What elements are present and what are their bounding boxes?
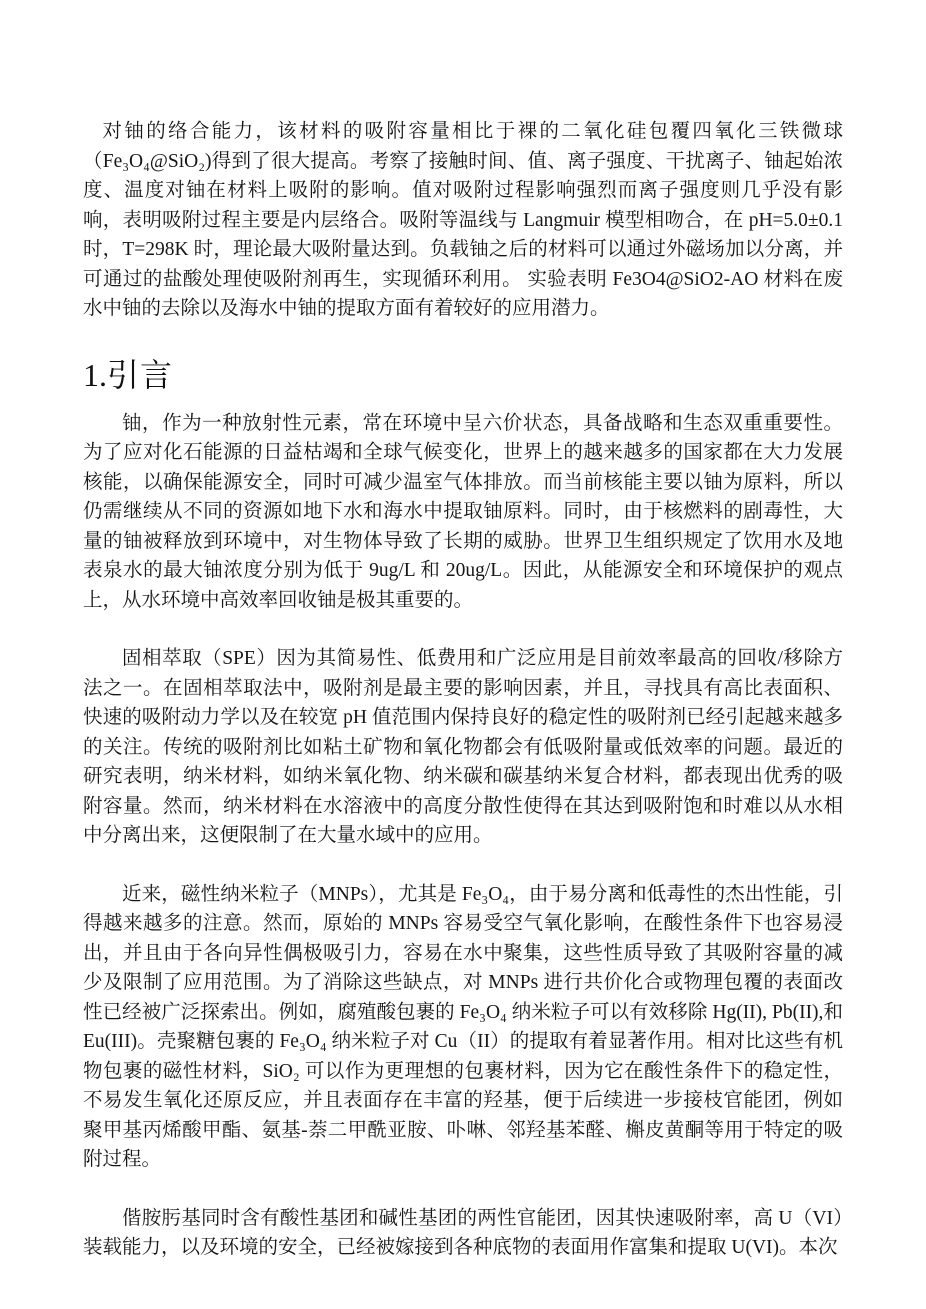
introduction-paragraph-3: 近来，磁性纳米粒子（MNPs），尤其是 Fe₃O₄，由于易分离和低毒性的杰出性能… xyxy=(83,880,843,1175)
section-heading: 1.引言 xyxy=(83,353,843,397)
abstract-continuation-paragraph: 对铀的络合能力，该材料的吸附容量相比于裸的二氧化硅包覆四氧化三铁微球（Fe₃O₄… xyxy=(83,117,843,324)
document-page: 对铀的络合能力，该材料的吸附容量相比于裸的二氧化硅包覆四氧化三铁微球（Fe₃O₄… xyxy=(0,0,926,1309)
document-content: 对铀的络合能力，该材料的吸附容量相比于裸的二氧化硅包覆四氧化三铁微球（Fe₃O₄… xyxy=(83,117,843,1292)
section-heading-title: 引言 xyxy=(107,357,173,393)
introduction-paragraph-4: 偕胺肟基同时含有酸性基团和碱性基团的两性官能团，因其快速吸附率，高 U（VI）装… xyxy=(83,1204,843,1263)
introduction-paragraph-1: 铀，作为一种放射性元素，常在环境中呈六价状态，具备战略和生态双重重要性。为了应对… xyxy=(83,409,843,616)
introduction-paragraph-2: 固相萃取（SPE）因为其简易性、低费用和广泛应用是目前效率最高的回收/移除方法之… xyxy=(83,644,843,851)
section-heading-number: 1. xyxy=(83,357,107,393)
